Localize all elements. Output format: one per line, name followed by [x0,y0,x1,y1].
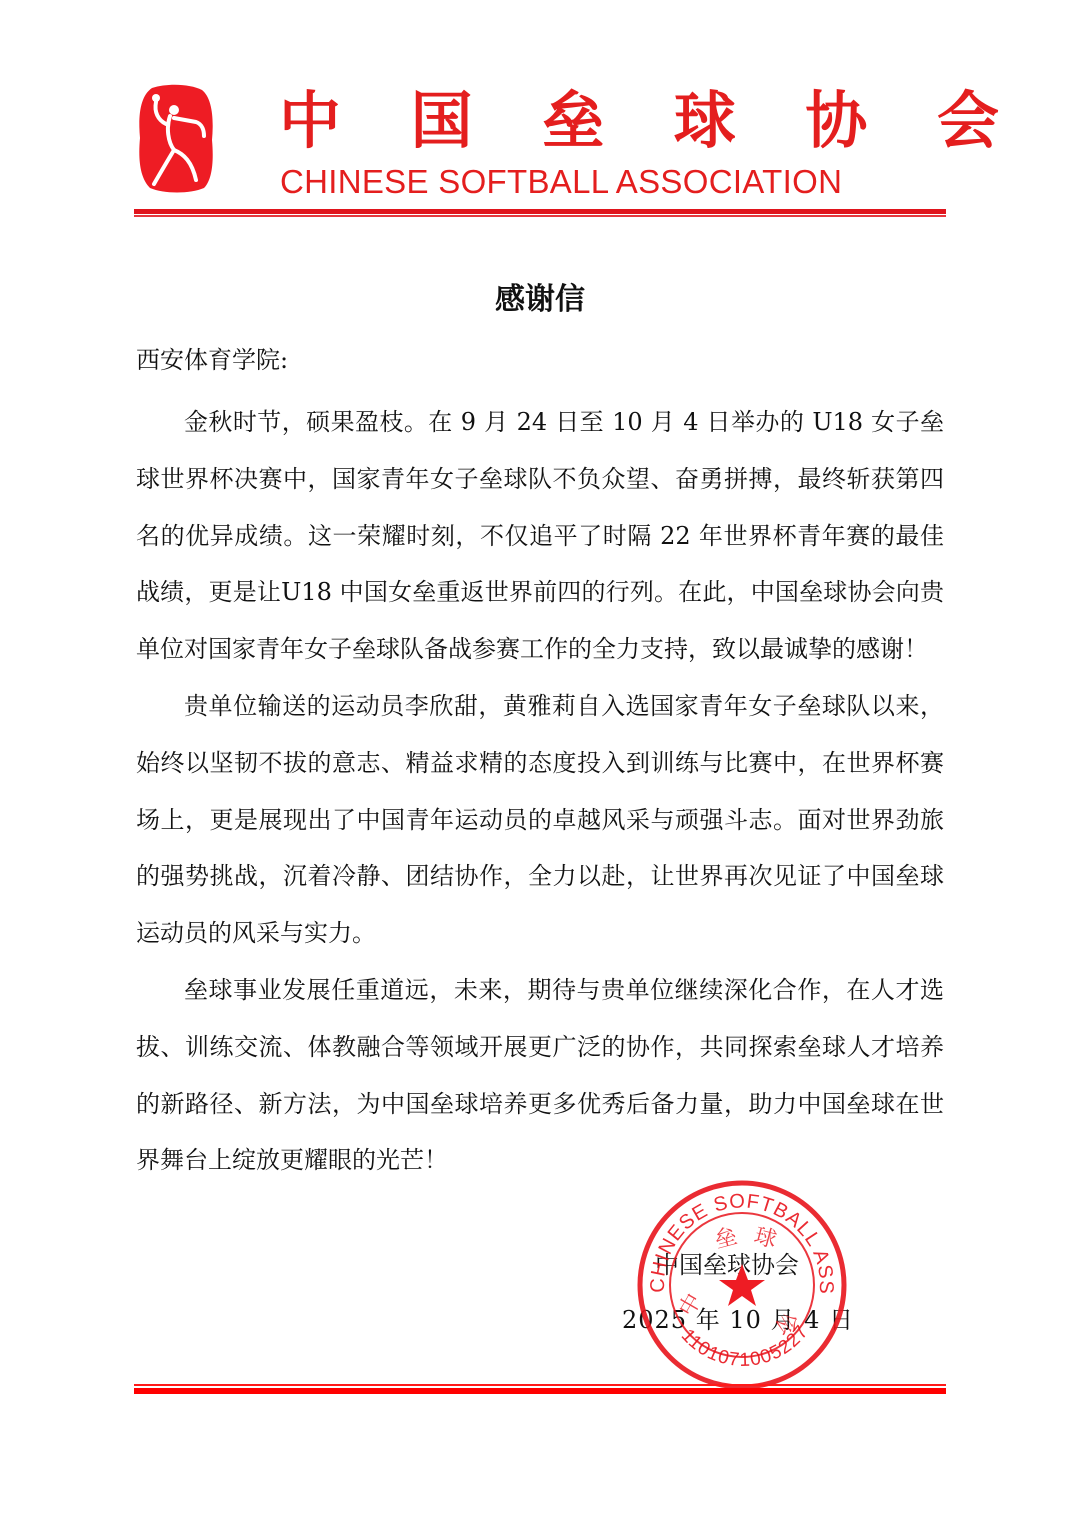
signature-org: 中国垒球协会 [655,1245,799,1285]
title-char: 国 [411,88,473,154]
footer-divider-thick [134,1388,946,1394]
salutation: 西安体育学院: [136,340,288,380]
header-divider-thin [134,215,946,217]
association-name-en: CHINESE SOFTBALL ASSOCIATION [280,162,842,202]
signature-date: 2025 年 10 月 4 日 [622,1300,854,1340]
letter-body: 金秋时节，硕果盈枝。在 9 月 24 日至 10 月 4 日举办的 U18 女子… [136,394,944,1189]
paragraph: 贵单位输送的运动员李欣甜，黄雅莉自入选国家青年女子垒球队以来，始终以坚韧不拔的意… [136,678,944,962]
title-char: 球 [674,88,736,154]
association-name-cn: 中 国 垒 球 协 会 [279,88,999,154]
official-seal-icon: CHINESE SOFTBALL ASSOCIATION 11010710052… [635,1178,849,1392]
softball-pitcher-logo-icon [138,84,214,194]
letterhead: 中 国 垒 球 协 会 CHINESE SOFTBALL ASSOCIATION [134,84,948,204]
footer-divider-thin [134,1384,946,1386]
title-char: 协 [805,88,867,154]
title-char: 中 [279,88,341,154]
paragraph: 金秋时节，硕果盈枝。在 9 月 24 日至 10 月 4 日举办的 U18 女子… [136,394,944,678]
title-char: 垒 [542,88,604,154]
letter-title: 感谢信 [0,278,1080,322]
header-divider-thick [134,209,946,214]
paragraph: 垒球事业发展任重道远，未来，期待与贵单位继续深化合作，在人才选拔、训练交流、体教… [136,962,944,1189]
title-char: 会 [937,88,999,154]
